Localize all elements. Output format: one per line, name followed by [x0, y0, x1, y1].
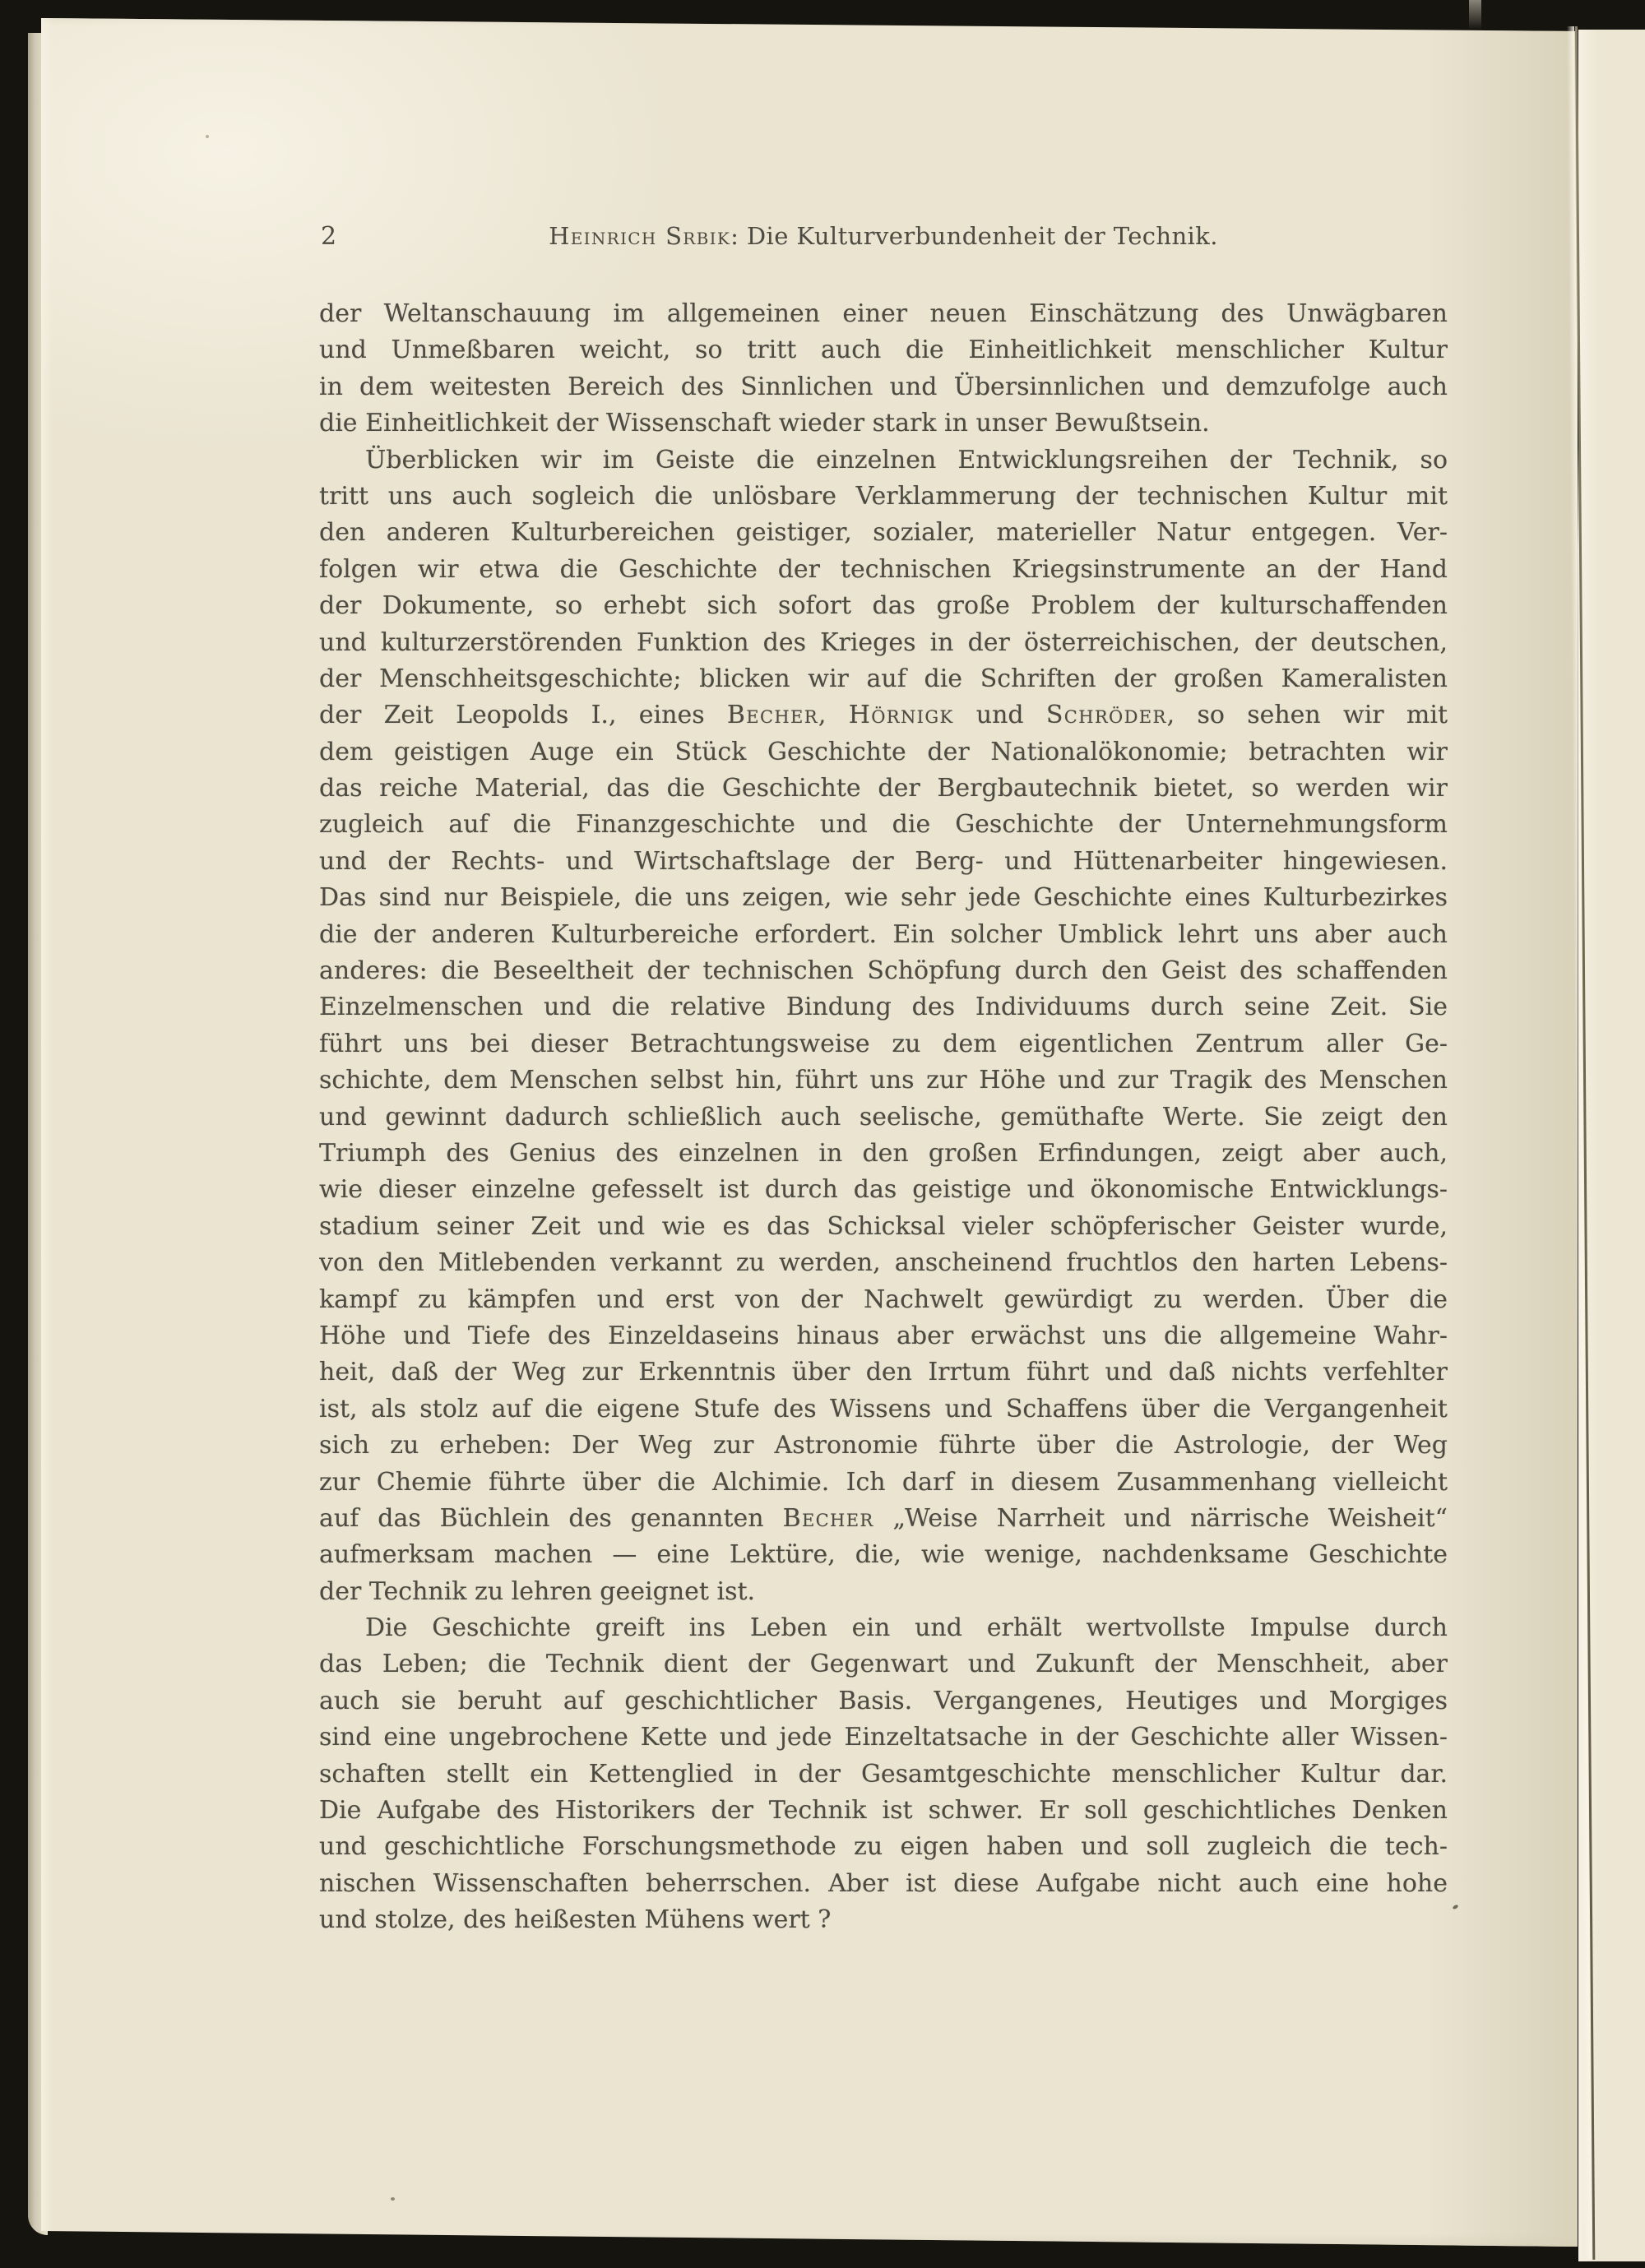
text-line: der Technik zu lehren geeignet ist.	[319, 1574, 1448, 1610]
text-line: und geschichtliche Forschungsmethode zu …	[319, 1829, 1448, 1865]
text-line: das Leben; die Technik dient der Gegenwa…	[319, 1646, 1448, 1682]
paper-speck	[1452, 1905, 1458, 1910]
text-line: von den Mitlebenden verkannt zu werden, …	[319, 1245, 1448, 1281]
text-line: Triumph des Genius des einzelnen in den …	[319, 1136, 1448, 1172]
text-line: die Einheitlichkeit der Wissenschaft wie…	[319, 405, 1448, 442]
header-title: Heinrich Srbik: Die Kulturverbundenheit …	[319, 222, 1448, 250]
text-line: Die Aufgabe des Historikers der Technik …	[319, 1793, 1448, 1829]
text-line: der Menschheitsgeschichte; blicken wir a…	[319, 661, 1448, 697]
text-line: und stolze, des heißesten Mühens wert ?	[319, 1902, 1448, 1938]
text-line: das reiche Material, das die Geschichte …	[319, 771, 1448, 807]
text-line: Einzelmenschen und die relative Bindung …	[319, 989, 1448, 1025]
text-line: nischen Wissenschaften beherrschen. Aber…	[319, 1866, 1448, 1902]
text-line: kampf zu kämpfen und erst von der Nachwe…	[319, 1282, 1448, 1318]
scan-scratch	[1469, 0, 1481, 30]
text-line: führt uns bei dieser Betrachtungsweise z…	[319, 1026, 1448, 1062]
text-line: wie dieser einzelne gefesselt ist durch …	[319, 1172, 1448, 1208]
text-line: dem geistigen Auge ein Stück Geschichte …	[319, 734, 1448, 771]
text-line: sich zu erheben: Der Weg zur Astronomie …	[319, 1428, 1448, 1464]
text-line: anderes: die Beseeltheit der technischen…	[319, 953, 1448, 989]
text-line: Das sind nur Beispiele, die uns zeigen, …	[319, 880, 1448, 916]
text-line: den anderen Kulturbereichen geistiger, s…	[319, 515, 1448, 551]
text-line: der Weltanschauung im allgemeinen einer …	[319, 296, 1448, 332]
text-line: zugleich auf die Finanzgeschichte und di…	[319, 807, 1448, 843]
text-line: die der anderen Kulturbereiche erfordert…	[319, 917, 1448, 953]
text-line: und Unmeßbaren weicht, so tritt auch die…	[319, 332, 1448, 368]
text-line: der Zeit Leopolds I., eines Becher, Hörn…	[319, 697, 1448, 734]
text-line: der Dokumente, so erhebt sich sofort das…	[319, 588, 1448, 624]
text-line: und gewinnt dadurch schließlich auch see…	[319, 1099, 1448, 1136]
text-line: Die Geschichte greift ins Leben ein und …	[319, 1610, 1448, 1646]
text-line: zur Chemie führte über die Alchimie. Ich…	[319, 1465, 1448, 1501]
text-line: aufmerksam machen — eine Lektüre, die, w…	[319, 1537, 1448, 1573]
text-line: auf das Büchlein des genannten Becher „W…	[319, 1501, 1448, 1537]
text-line: stadium seiner Zeit und wie es das Schic…	[319, 1209, 1448, 1245]
body-text: der Weltanschauung im allgemeinen einer …	[319, 296, 1448, 1939]
paper-speck	[391, 2197, 395, 2201]
text-line: sind eine ungebrochene Kette und jede Ei…	[319, 1720, 1448, 1756]
text-line: Überblicken wir im Geiste die einzelnen …	[319, 442, 1448, 479]
text-line: Höhe und Tiefe des Einzeldaseins hinaus …	[319, 1318, 1448, 1354]
text-line: heit, daß der Weg zur Erkenntnis über de…	[319, 1354, 1448, 1391]
running-header: 2 Heinrich Srbik: Die Kulturverbundenhei…	[319, 222, 1448, 255]
book-scan: 2 Heinrich Srbik: Die Kulturverbundenhei…	[0, 0, 1645, 2268]
text-line: folgen wir etwa die Geschichte der techn…	[319, 552, 1448, 588]
text-line: schaften stellt ein Kettenglied in der G…	[319, 1757, 1448, 1793]
text-line: in dem weitesten Bereich des Sinnlichen …	[319, 369, 1448, 405]
page-text-block: 2 Heinrich Srbik: Die Kulturverbundenhei…	[319, 18, 1448, 1939]
text-line: und der Rechts- und Wirtschaftslage der …	[319, 844, 1448, 880]
main-page: 2 Heinrich Srbik: Die Kulturverbundenhei…	[41, 18, 1578, 2247]
text-line: ist, als stolz auf die eigene Stufe des …	[319, 1391, 1448, 1428]
paper-speck	[206, 135, 209, 138]
header-page-number: 2	[321, 222, 336, 251]
text-line: tritt uns auch sogleich die unlösbare Ve…	[319, 479, 1448, 515]
text-line: auch sie beruht auf geschichtlicher Basi…	[319, 1683, 1448, 1720]
text-line: und kulturzerstörenden Funktion des Krie…	[319, 625, 1448, 661]
text-line: schichte, dem Menschen selbst hin, führt…	[319, 1062, 1448, 1099]
